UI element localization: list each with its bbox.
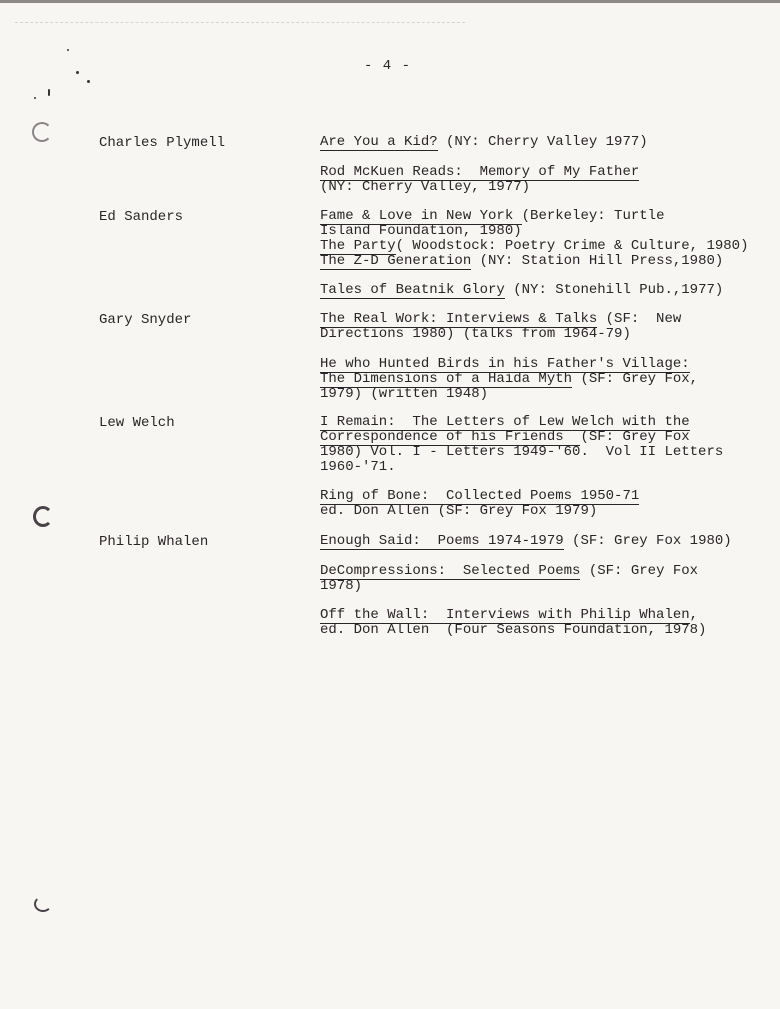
bibliography-entry: Ring of Bone: Collected Poems 1950-71ed.…: [320, 489, 639, 519]
publication-info: (SF: Grey Fox: [580, 429, 689, 445]
document-page: - 4 - Charles PlymellAre You a Kid? (NY:…: [0, 0, 780, 1009]
entry-line: 1979) (written 1948): [320, 387, 698, 402]
publication-info: (NY: Cherry Valley 1977): [438, 134, 648, 150]
entry-line: The Z-D Generation (NY: Station Hill Pre…: [320, 254, 748, 269]
entry-line: Rod McKuen Reads: Memory of My Father: [320, 165, 639, 180]
bibliography-entry: The Real Work: Interviews & Talks (SF: N…: [320, 312, 681, 342]
entry-line: Ring of Bone: Collected Poems 1950-71: [320, 489, 639, 504]
page-top-edge: [0, 0, 780, 3]
ink-speck: [34, 97, 36, 99]
ink-speck: [67, 49, 69, 51]
entry-line: 1960-'71.: [320, 460, 723, 475]
bibliography-entry: I Remain: The Letters of Lew Welch with …: [320, 415, 723, 475]
entry-line: The Party( Woodstock: Poetry Crime & Cul…: [320, 239, 748, 254]
fold-line: [15, 22, 465, 23]
bibliography-entry: Tales of Beatnik Glory (NY: Stonehill Pu…: [320, 283, 723, 298]
entry-line: Correspondence of his Friends (SF: Grey …: [320, 430, 723, 445]
bibliography-entry: Rod McKuen Reads: Memory of My Father(NY…: [320, 165, 639, 195]
entry-line: Fame & Love in New York (Berkeley: Turtl…: [320, 209, 748, 224]
bibliography-entry: Fame & Love in New York (Berkeley: Turtl…: [320, 209, 748, 269]
hole-punch-mark: [34, 896, 52, 912]
entry-line: Island Foundation, 1980): [320, 224, 748, 239]
publication-info: (SF: Grey Fox 1980): [564, 533, 732, 549]
entry-line: The Dimensions of a Haida Myth (SF: Grey…: [320, 372, 698, 387]
publication-info: 1980) Vol. I - Letters 1949-'60. Vol II …: [320, 444, 723, 460]
entry-line: ed. Don Allen (Four Seasons Foundation, …: [320, 623, 706, 638]
entry-line: Off the Wall: Interviews with Philip Wha…: [320, 608, 706, 623]
publication-info: (SF: Grey Fox: [580, 563, 698, 579]
publication-info: (NY: Stonehill Pub.,1977): [505, 282, 723, 298]
publication-info: ,: [690, 607, 698, 623]
author-name: Ed Sanders: [99, 209, 183, 225]
publication-info: (Berkeley: Turtle: [522, 208, 665, 224]
publication-info: 1979) (written 1948): [320, 386, 488, 402]
publication-info: ed. Don Allen (Four Seasons Foundation, …: [320, 622, 706, 638]
page-number: - 4 -: [364, 58, 411, 74]
book-title: The Z-D Generation: [320, 253, 471, 270]
author-name: Charles Plymell: [99, 135, 225, 151]
publication-info: ed. Don Allen (SF: Grey Fox 1979): [320, 503, 597, 519]
publication-info: (NY: Cherry Valley, 1977): [320, 179, 530, 195]
entry-line: DeCompressions: Selected Poems (SF: Grey…: [320, 564, 698, 579]
publication-info: (SF: New: [597, 311, 681, 327]
entry-line: I Remain: The Letters of Lew Welch with …: [320, 415, 723, 430]
publication-info: ( Woodstock: Poetry Crime & Culture, 198…: [396, 238, 749, 254]
entry-line: 1980) Vol. I - Letters 1949-'60. Vol II …: [320, 445, 723, 460]
ink-speck: [48, 89, 50, 96]
bibliography-entry: DeCompressions: Selected Poems (SF: Grey…: [320, 564, 698, 594]
author-name: Gary Snyder: [99, 312, 191, 328]
ink-speck: [87, 80, 90, 83]
hole-punch-mark: [32, 122, 52, 142]
bibliography-entry: Are You a Kid? (NY: Cherry Valley 1977): [320, 135, 648, 150]
ink-speck: [76, 71, 79, 74]
book-title: Are You a Kid?: [320, 134, 438, 151]
bibliography-entry: Enough Said: Poems 1974-1979 (SF: Grey F…: [320, 534, 732, 549]
entry-line: Directions 1980) (talks from 1964-79): [320, 327, 681, 342]
bibliography-entry: Off the Wall: Interviews with Philip Wha…: [320, 608, 706, 638]
publication-info: Island Foundation, 1980): [320, 223, 522, 239]
entry-line: The Real Work: Interviews & Talks (SF: N…: [320, 312, 681, 327]
book-title: Tales of Beatnik Glory: [320, 282, 505, 299]
entry-line: He who Hunted Birds in his Father's Vill…: [320, 357, 698, 372]
book-title: Enough Said: Poems 1974-1979: [320, 533, 564, 550]
author-name: Philip Whalen: [99, 534, 208, 550]
publication-info: (NY: Station Hill Press,1980): [471, 253, 723, 269]
entry-line: Enough Said: Poems 1974-1979 (SF: Grey F…: [320, 534, 732, 549]
entry-line: Are You a Kid? (NY: Cherry Valley 1977): [320, 135, 648, 150]
entry-line: 1978): [320, 579, 698, 594]
entry-line: ed. Don Allen (SF: Grey Fox 1979): [320, 504, 639, 519]
author-name: Lew Welch: [99, 415, 175, 431]
publication-info: (SF: Grey Fox,: [572, 371, 698, 387]
bibliography-entry: He who Hunted Birds in his Father's Vill…: [320, 357, 698, 402]
publication-info: Directions 1980) (talks from 1964-79): [320, 326, 631, 342]
publication-info: 1978): [320, 578, 362, 594]
publication-info: 1960-'71.: [320, 459, 396, 475]
entry-line: Tales of Beatnik Glory (NY: Stonehill Pu…: [320, 283, 723, 298]
entry-line: (NY: Cherry Valley, 1977): [320, 180, 639, 195]
hole-punch-mark: [33, 506, 53, 527]
